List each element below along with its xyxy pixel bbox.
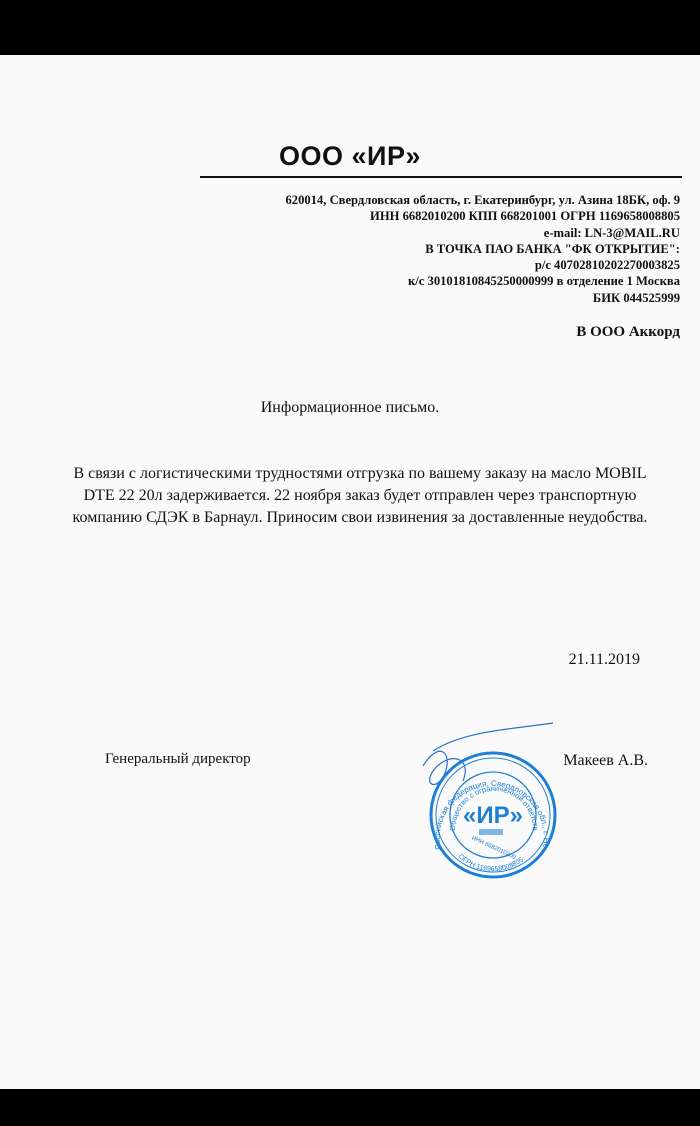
requisite-bik: БИК 044525999 (285, 290, 680, 306)
signer-role: Генеральный директор (105, 751, 251, 768)
requisite-email: e-mail: LN-3@MAIL.RU (285, 225, 680, 241)
svg-text:«ИР»: «ИР» (463, 802, 523, 829)
requisite-bank: В ТОЧКА ПАО БАНКА "ФК ОТКРЫТИЕ": (285, 241, 680, 257)
document-page: ООО «ИР» 620014, Свердловская область, г… (0, 55, 700, 1089)
svg-text:ИНН 6682010200: ИНН 6682010200 (470, 835, 517, 861)
company-name: ООО «ИР» (0, 141, 700, 172)
signer-name: Макеев А.В. (563, 752, 648, 770)
company-requisites: 620014, Свердловская область, г. Екатери… (285, 192, 680, 306)
letter-body: В связи с логистическими трудностями отг… (60, 463, 660, 529)
addressee: В ООО Аккорд (576, 324, 680, 341)
letter-date: 21.11.2019 (569, 651, 640, 669)
letter-title: Информационное письмо. (0, 399, 700, 417)
requisite-inn: ИНН 6682010200 КПП 668201001 ОГРН 116965… (285, 208, 680, 224)
requisite-address: 620014, Свердловская область, г. Екатери… (285, 192, 680, 208)
requisite-corr-account: к/с 30101810845250000999 в отделение 1 М… (285, 273, 680, 289)
header-rule (200, 176, 682, 178)
requisite-account: р/с 40702810202270003825 (285, 257, 680, 273)
company-stamp-icon: Российская федерация, Свердловская обл.,… (393, 711, 578, 881)
svg-text:Российская федерация, Свердлов: Российская федерация, Свердловская обл.,… (393, 711, 551, 850)
